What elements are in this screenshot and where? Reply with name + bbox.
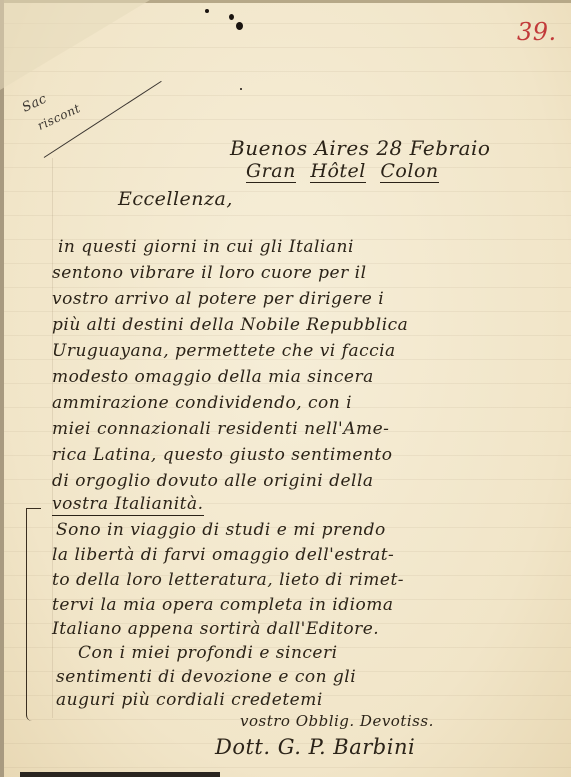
ink-dot [236, 22, 243, 30]
ink-dot [240, 88, 242, 90]
body-line: Sono in viaggio di studi e mi prendo [56, 520, 386, 540]
body-line: rica Latina, questo giusto sentimento [52, 445, 392, 465]
hotel-address: Gran Hôtel Colon [246, 160, 439, 182]
margin-bracket [26, 508, 41, 721]
margin-note-line-1: Sac [20, 91, 49, 115]
body-line: vostro arrivo al potere per dirigere i [52, 289, 384, 309]
letter-page: 39. Sac riscont Buenos Aires 28 Febraio … [0, 0, 571, 777]
body-line: in questi giorni in cui gli Italiani [58, 237, 354, 257]
body-line: più alti destini della Nobile Repubblica [52, 315, 408, 335]
body-line: to della loro letteratura, lieto di rime… [52, 570, 404, 590]
address-word: Colon [380, 160, 438, 183]
ink-dot [229, 14, 234, 20]
ink-dot [205, 9, 209, 13]
page-number: 39. [517, 18, 557, 46]
address-word: Hôtel [310, 160, 365, 183]
scan-bottom-edge [20, 772, 220, 777]
body-line: di orgoglio dovuto alle origini della [52, 471, 374, 491]
body-line: vostra Italianità. [52, 494, 204, 516]
place-date: Buenos Aires 28 Febraio [230, 136, 490, 160]
body-line: sentono vibrare il loro cuore per il [52, 263, 367, 283]
salutation: Eccellenza, [118, 188, 233, 210]
body-line: Italiano appena sortirà dall'Editore. [52, 619, 379, 639]
closing-line: Con i miei profondi e sinceri [78, 643, 338, 663]
scan-left-edge [0, 0, 4, 777]
folded-corner [0, 0, 150, 90]
body-line: tervi la mia opera completa in idioma [52, 595, 394, 615]
body-line: modesto omaggio della mia sincera [52, 367, 374, 387]
body-line: Uruguayana, permettete che vi faccia [52, 341, 396, 361]
closing-line: sentimenti di devozione e con gli [56, 667, 356, 687]
body-line: ammirazione condividendo, con i [52, 393, 352, 413]
signature-name: Dott. G. P. Barbini [215, 735, 415, 759]
body-line: miei connazionali residenti nell'Ame- [52, 419, 389, 439]
address-word: Gran [246, 160, 296, 183]
body-line: la libertà di farvi omaggio dell'estrat- [52, 545, 394, 565]
valediction: vostro Obblig. Devotiss. [240, 712, 434, 730]
closing-line: auguri più cordiali credetemi [56, 690, 323, 710]
